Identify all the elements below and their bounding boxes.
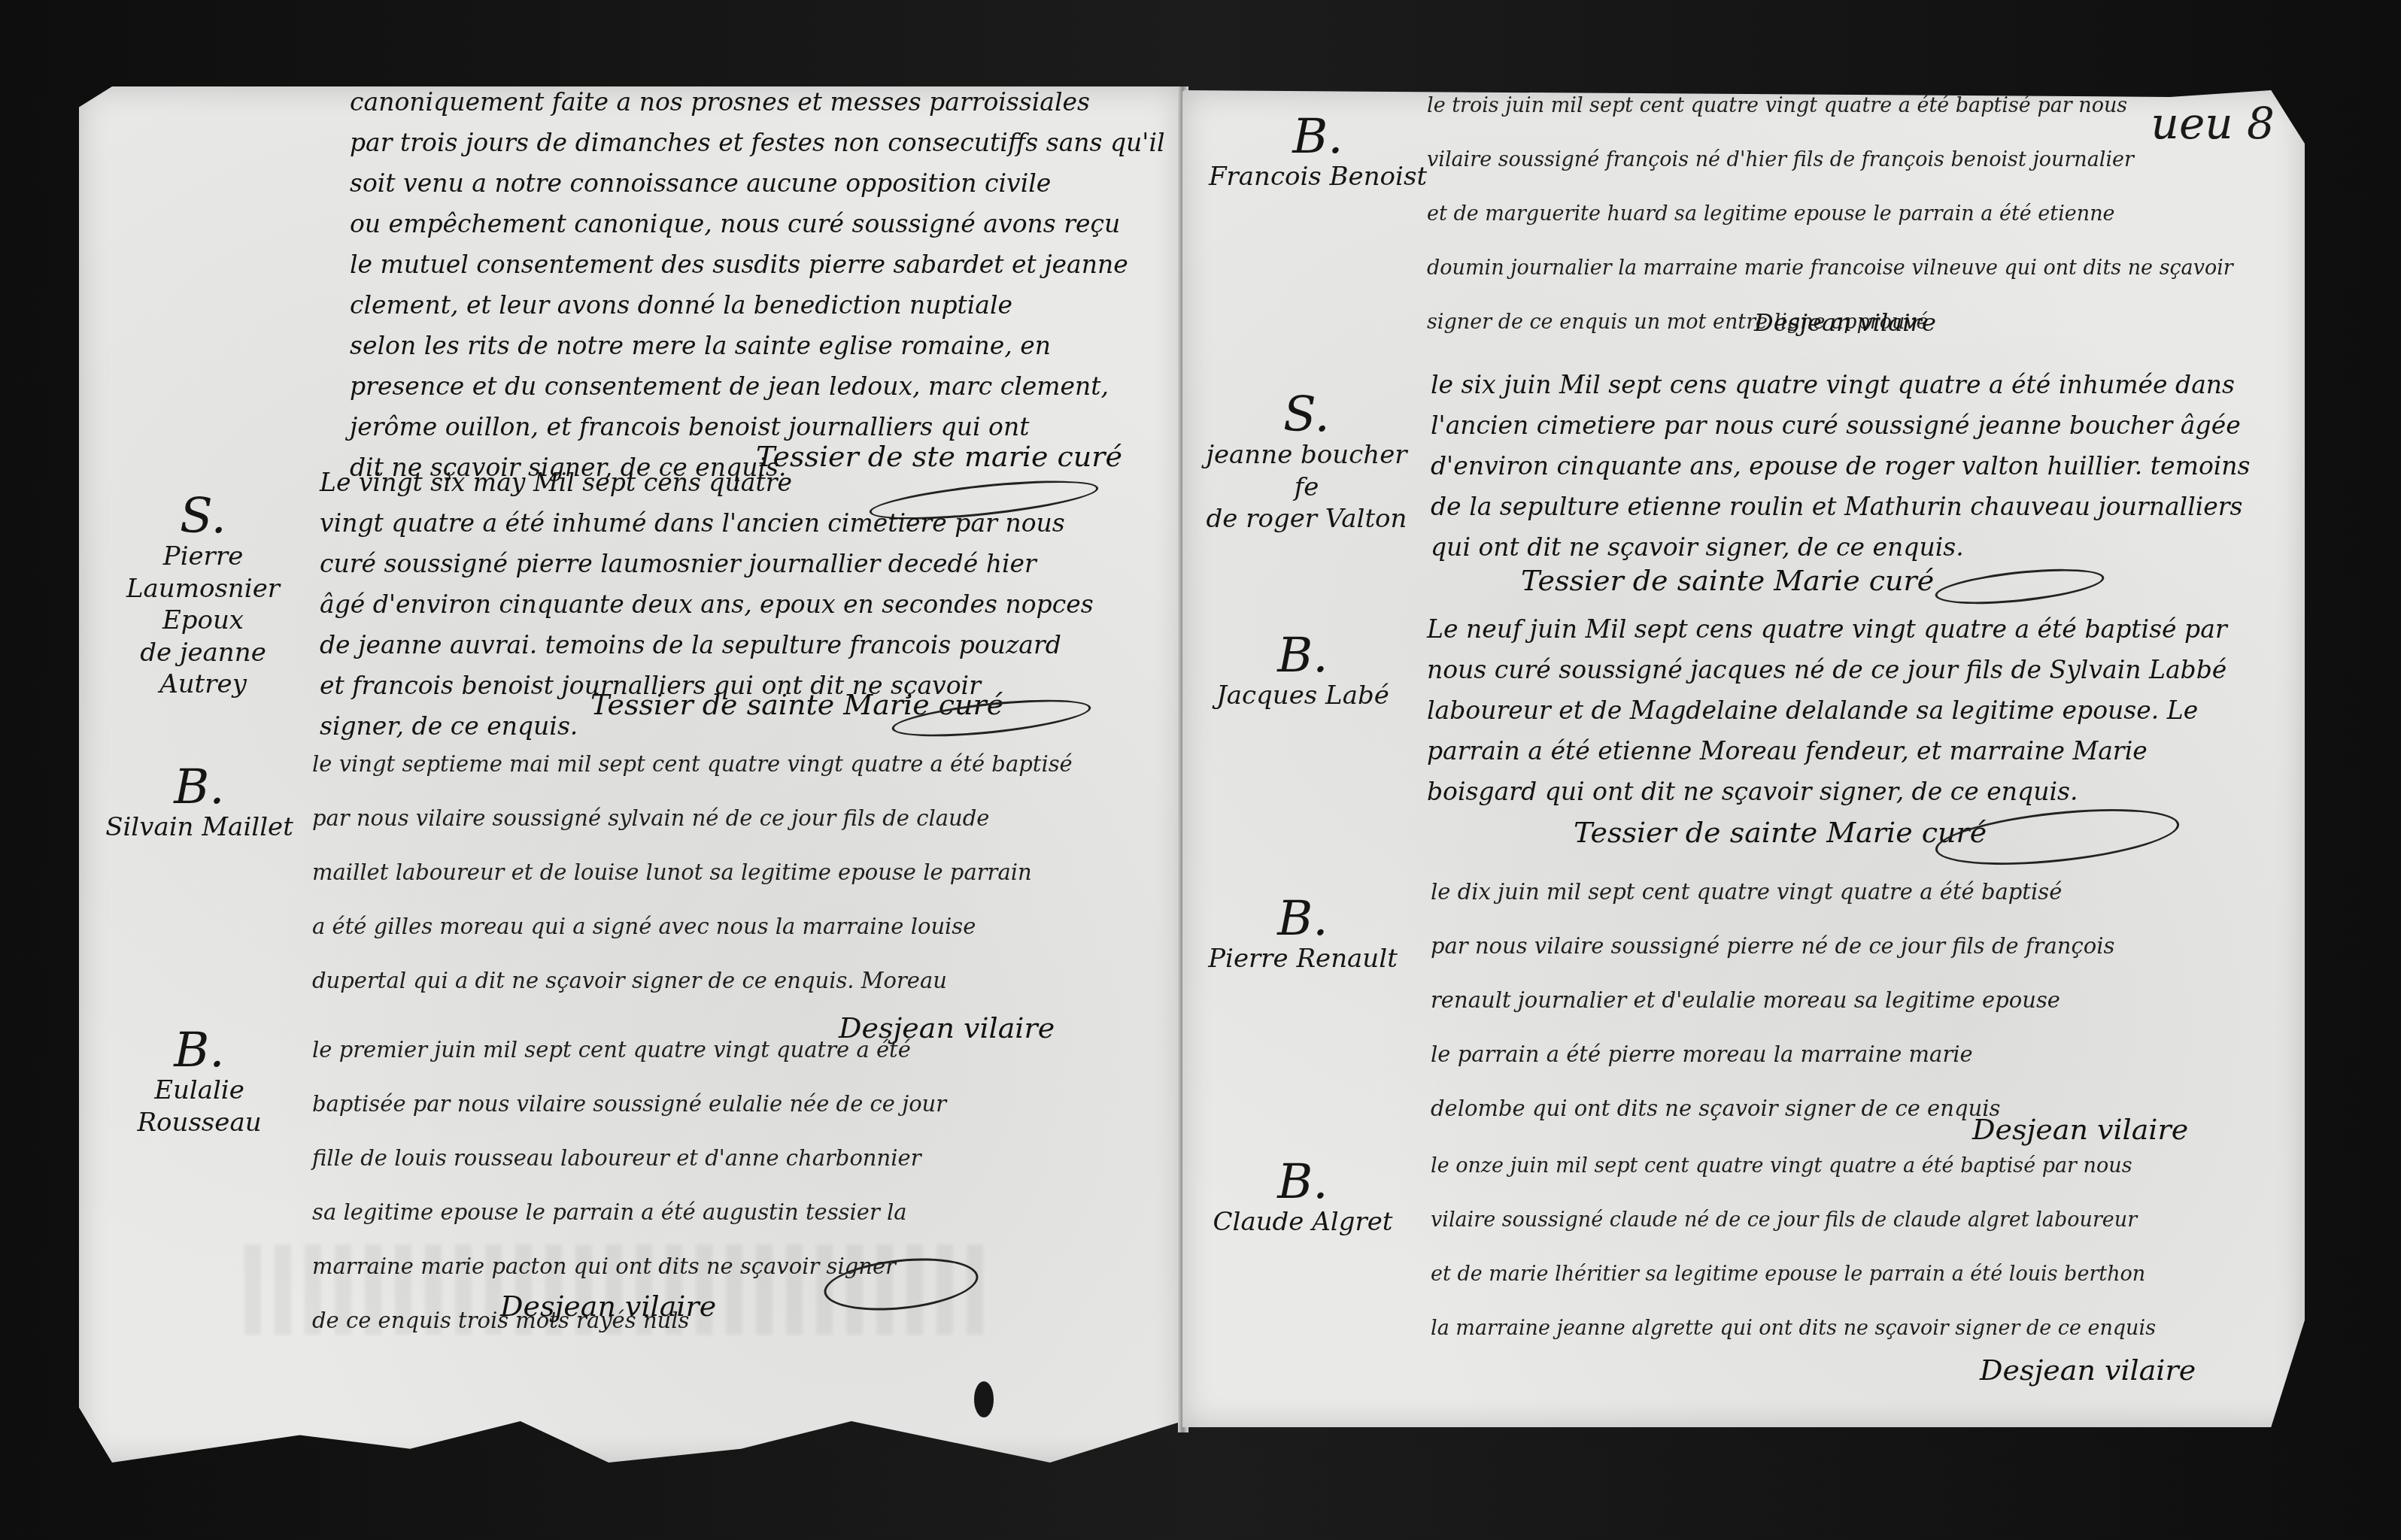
text-line: Le neuf juin Mil sept cens quatre vingt …	[1427, 609, 2227, 650]
baptism-mark: B.	[1182, 632, 1423, 680]
text-line: vilaire soussigné claude né de ce jour f…	[1431, 1193, 2156, 1247]
margin-note-baptism: B. Claude Algret	[1182, 1158, 1423, 1238]
child-name: Jacques Labé	[1182, 680, 1423, 712]
burial-mark: S.	[1182, 391, 1431, 439]
text-line: selon les rits de notre mere la sainte e…	[350, 326, 1165, 366]
text-line: soit venu a notre connoissance aucune op…	[350, 163, 1165, 204]
text-line: d'environ cinquante ans, epouse de roger…	[1431, 446, 2251, 487]
deceased-name: Pierre Laumosnier	[109, 541, 297, 605]
burial-mark: S.	[109, 493, 297, 541]
text-line: par nous vilaire soussigné sylvain né de…	[312, 791, 1073, 845]
text-line: de jeanne auvrai. temoins de la sepultur…	[320, 625, 1094, 665]
entry-baptism-text: le onze juin mil sept cent quatre vingt …	[1431, 1139, 2156, 1356]
margin-note-baptism: B. Pierre Renault	[1182, 895, 1423, 975]
margin-note-baptism: B. Francois Benoist	[1190, 113, 1446, 193]
baptism-mark: B.	[1182, 1158, 1423, 1206]
text-line: dupertal qui a dit ne sçavoir signer de …	[312, 953, 1073, 1008]
right-page: ueu 8 B. Francois Benoist le trois juin …	[1182, 90, 2305, 1427]
child-name: Claude Algret	[1182, 1206, 1423, 1238]
left-page: canoniquement faite a nos prosnes et mes…	[79, 86, 1182, 1463]
paraph-flourish	[1934, 562, 2106, 610]
baptism-mark: B.	[94, 1026, 305, 1075]
signature-vicaire: Desjean vilaire	[1754, 308, 1936, 337]
text-line: fille de louis rousseau laboureur et d'a…	[312, 1131, 946, 1185]
text-line: vingt quatre a été inhumé dans l'ancien …	[320, 503, 1094, 544]
margin-extra: Epoux	[109, 605, 297, 637]
entry-marriage-text: canoniquement faite a nos prosnes et mes…	[350, 82, 1165, 488]
text-line: Le vingt six may Mil sept cens quatre	[320, 462, 1094, 503]
text-line: de la sepulture etienne roulin et Mathur…	[1431, 487, 2251, 527]
bleed-through-text	[244, 1244, 997, 1335]
folio-digit: 8	[2247, 98, 2275, 149]
margin-extra: de jeanne Autrey	[109, 637, 297, 701]
text-line: boisgard qui ont dit ne sçavoir signer, …	[1427, 772, 2227, 812]
text-line: le mutuel consentement des susdits pierr…	[350, 244, 1165, 285]
entry-baptism-text: Le neuf juin Mil sept cens quatre vingt …	[1427, 609, 2227, 812]
text-line: qui ont dit ne sçavoir signer, de ce enq…	[1431, 527, 2251, 568]
text-line: doumin journalier la marraine marie fran…	[1427, 241, 2233, 296]
text-line: et de marie lhéritier sa legitime epouse…	[1431, 1247, 2156, 1302]
text-line: presence et du consentement de jean ledo…	[350, 366, 1165, 407]
entry-baptism-text: le dix juin mil sept cent quatre vingt q…	[1431, 865, 2114, 1135]
text-line: maillet laboureur et de louise lunot sa …	[312, 845, 1073, 899]
text-line: clement, et leur avons donné la benedict…	[350, 285, 1165, 326]
text-line: sa legitime epouse le parrain a été augu…	[312, 1185, 946, 1239]
text-line: laboureur et de Magdelaine delalande sa …	[1427, 690, 2227, 731]
signature-vicaire: Desjean vilaire	[1980, 1354, 2196, 1387]
text-line: l'ancien cimetiere par nous curé soussig…	[1431, 405, 2251, 446]
text-line: curé soussigné pierre laumosnier journal…	[320, 544, 1094, 584]
entry-burial-text: le six juin Mil sept cens quatre vingt q…	[1431, 365, 2251, 568]
entry-baptism-text: le vingt septieme mai mil sept cent quat…	[312, 737, 1073, 1008]
baptism-mark: B.	[1190, 113, 1446, 161]
text-line: le parrain a été pierre moreau la marrai…	[1431, 1027, 2114, 1081]
text-line: âgé d'environ cinquante deux ans, epoux …	[320, 584, 1094, 625]
text-line: par trois jours de dimanches et festes n…	[350, 123, 1165, 163]
paper-hole	[974, 1381, 994, 1417]
baptism-mark: B.	[1182, 895, 1423, 943]
text-line: canoniquement faite a nos prosnes et mes…	[350, 82, 1165, 123]
child-name: Eulalie Rousseau	[94, 1075, 305, 1138]
text-line: vilaire soussigné françois né d'hier fil…	[1427, 133, 2233, 187]
text-line: a été gilles moreau qui a signé avec nou…	[312, 899, 1073, 953]
text-line: le dix juin mil sept cent quatre vingt q…	[1431, 865, 2114, 919]
margin-note-burial: S. jeanne boucher fe de roger Valton	[1182, 391, 1431, 535]
margin-extra: de roger Valton	[1182, 503, 1431, 535]
text-line: baptisée par nous vilaire soussigné eula…	[312, 1077, 946, 1131]
signature-cure: Tessier de sainte Marie curé	[1521, 564, 1934, 597]
text-line: la marraine jeanne algrette qui ont dits…	[1431, 1302, 2156, 1356]
text-line: par nous vilaire soussigné pierre né de …	[1431, 919, 2114, 973]
text-line: renault journalier et d'eulalie moreau s…	[1431, 973, 2114, 1027]
text-line: et de marguerite huard sa legitime epous…	[1427, 187, 2233, 241]
child-name: Silvain Maillet	[102, 811, 297, 844]
text-line: le vingt septieme mai mil sept cent quat…	[312, 737, 1073, 791]
signature-cure: Tessier de sainte Marie curé	[1574, 816, 1987, 849]
text-line: le onze juin mil sept cent quatre vingt …	[1431, 1139, 2156, 1193]
text-line: le premier juin mil sept cent quatre vin…	[312, 1023, 946, 1077]
margin-note-burial: S. Pierre Laumosnier Epoux de jeanne Aut…	[109, 493, 297, 701]
baptism-mark: B.	[102, 763, 297, 811]
margin-extra: fe	[1182, 471, 1431, 504]
child-name: Francois Benoist	[1190, 161, 1446, 193]
margin-note-baptism: B. Eulalie Rousseau	[94, 1026, 305, 1138]
child-name: Pierre Renault	[1182, 943, 1423, 975]
margin-note-baptism: B. Silvain Maillet	[102, 763, 297, 844]
text-line: nous curé soussigné jacques né de ce jou…	[1427, 650, 2227, 690]
text-line: le six juin Mil sept cens quatre vingt q…	[1431, 365, 2251, 405]
text-line: ou empêchement canonique, nous curé sous…	[350, 204, 1165, 244]
deceased-name: jeanne boucher	[1182, 439, 1431, 471]
text-line: parrain a été etienne Moreau fendeur, et…	[1427, 731, 2227, 772]
margin-note-baptism: B. Jacques Labé	[1182, 632, 1423, 712]
